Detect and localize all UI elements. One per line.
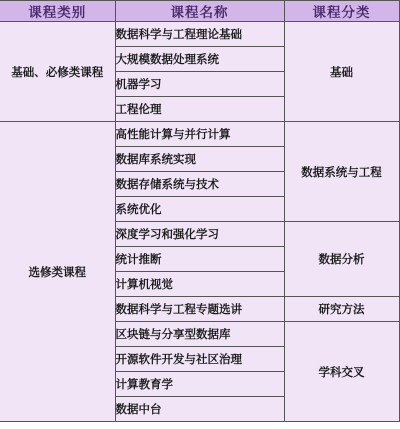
course-name-cell: 计算教育学 — [115, 372, 284, 397]
course-name-cell: 统计推断 — [115, 247, 284, 272]
course-name-cell: 高性能计算与并行计算 — [115, 122, 284, 147]
classification-cell: 数据分析 — [284, 222, 399, 297]
course-name-cell: 开源软件开发与社区治理 — [115, 347, 284, 372]
course-name-cell: 系统优化 — [115, 197, 284, 222]
classification-cell: 基础 — [284, 22, 399, 122]
course-name-cell: 数据库系统实现 — [115, 147, 284, 172]
classification-cell: 数据系统与工程 — [284, 122, 399, 222]
course-name-cell: 工程伦理 — [115, 97, 284, 122]
course-name-cell: 数据科学与工程理论基础 — [115, 22, 284, 47]
course-name-cell: 大规模数据处理系统 — [115, 47, 284, 72]
classification-cell: 研究方法 — [284, 297, 399, 322]
course-name-cell: 区块链与分享型数据库 — [115, 322, 284, 347]
course-name-cell: 数据中台 — [115, 397, 284, 422]
table-row: 选修类课程 高性能计算与并行计算 数据系统与工程 — [0, 122, 399, 147]
header-category: 课程类别 — [0, 1, 115, 22]
course-name-cell: 数据存储系统与技术 — [115, 172, 284, 197]
course-name-cell: 机器学习 — [115, 72, 284, 97]
header-course-name: 课程名称 — [115, 1, 284, 22]
classification-cell: 学科交叉 — [284, 322, 399, 422]
course-name-cell: 数据科学与工程专题选讲 — [115, 297, 284, 322]
course-table: 课程类别 课程名称 课程分类 基础、必修类课程 数据科学与工程理论基础 基础 大… — [0, 0, 400, 422]
header-classification: 课程分类 — [284, 1, 399, 22]
course-name-cell: 深度学习和强化学习 — [115, 222, 284, 247]
table-row: 基础、必修类课程 数据科学与工程理论基础 基础 — [0, 22, 399, 47]
category-cell: 基础、必修类课程 — [0, 22, 115, 122]
category-cell: 选修类课程 — [0, 122, 115, 422]
course-name-cell: 计算机视觉 — [115, 272, 284, 297]
header-row: 课程类别 课程名称 课程分类 — [0, 1, 399, 22]
